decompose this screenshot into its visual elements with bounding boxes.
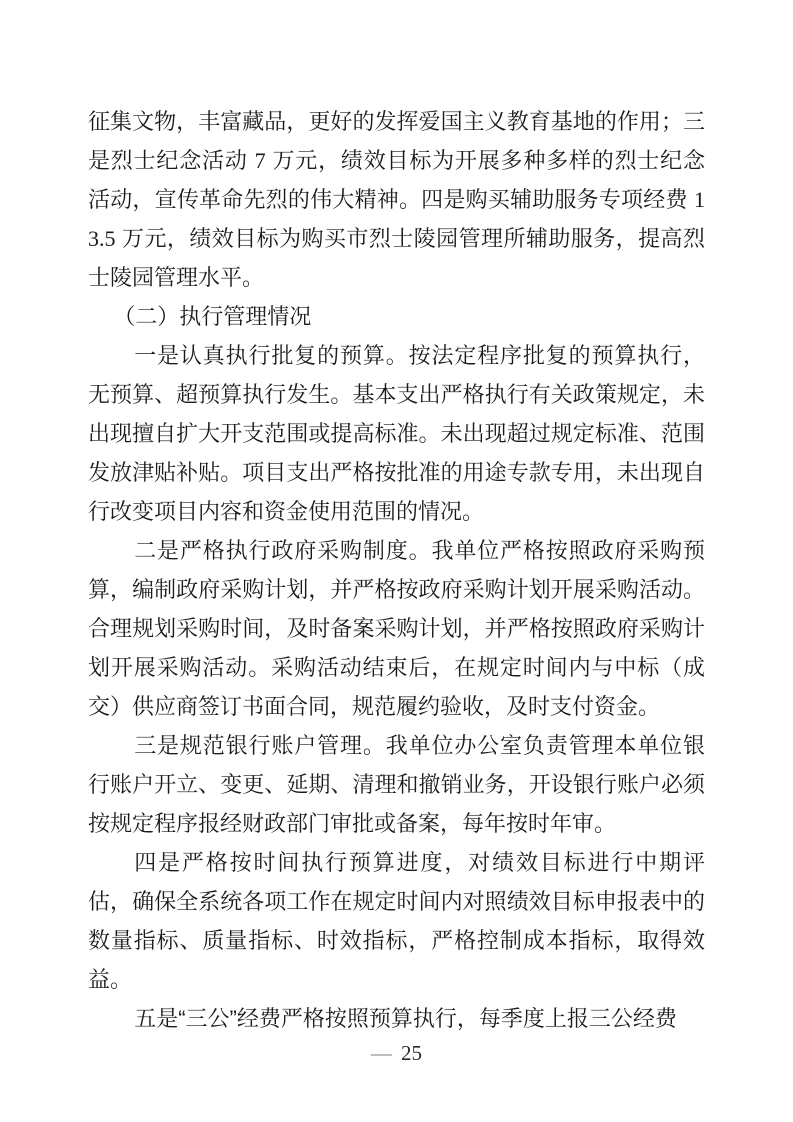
document-page: 征集文物，丰富藏品，更好的发挥爱国主义教育基地的作用；三是烈士纪念活动 7 万元… — [0, 0, 793, 1122]
paragraph-item-3: 三是规范银行账户管理。我单位办公室负责管理本单位银行账户开立、变更、延期、清理和… — [88, 726, 705, 843]
page-number-dash: — — [371, 1041, 392, 1065]
paragraph-item-5: 五是“三公”经费严格按照预算执行，每季度上报三公经费 — [88, 999, 705, 1038]
paragraph-item-2: 二是严格执行政府采购制度。我单位严格按照政府采购预算，编制政府采购计划，并严格按… — [88, 531, 705, 726]
section-heading: （二）执行管理情况 — [88, 297, 705, 336]
page-number: 25 — [401, 1041, 422, 1065]
paragraph-item-4: 四是严格按时间执行预算进度，对绩效目标进行中期评估，确保全系统各项工作在规定时间… — [88, 843, 705, 999]
paragraph-continuation: 征集文物，丰富藏品，更好的发挥爱国主义教育基地的作用；三是烈士纪念活动 7 万元… — [88, 102, 705, 297]
document-body: 征集文物，丰富藏品，更好的发挥爱国主义教育基地的作用；三是烈士纪念活动 7 万元… — [88, 102, 705, 1038]
page-footer: —25 — [0, 1040, 793, 1066]
paragraph-item-1: 一是认真执行批复的预算。按法定程序批复的预算执行，无预算、超预算执行发生。基本支… — [88, 336, 705, 531]
